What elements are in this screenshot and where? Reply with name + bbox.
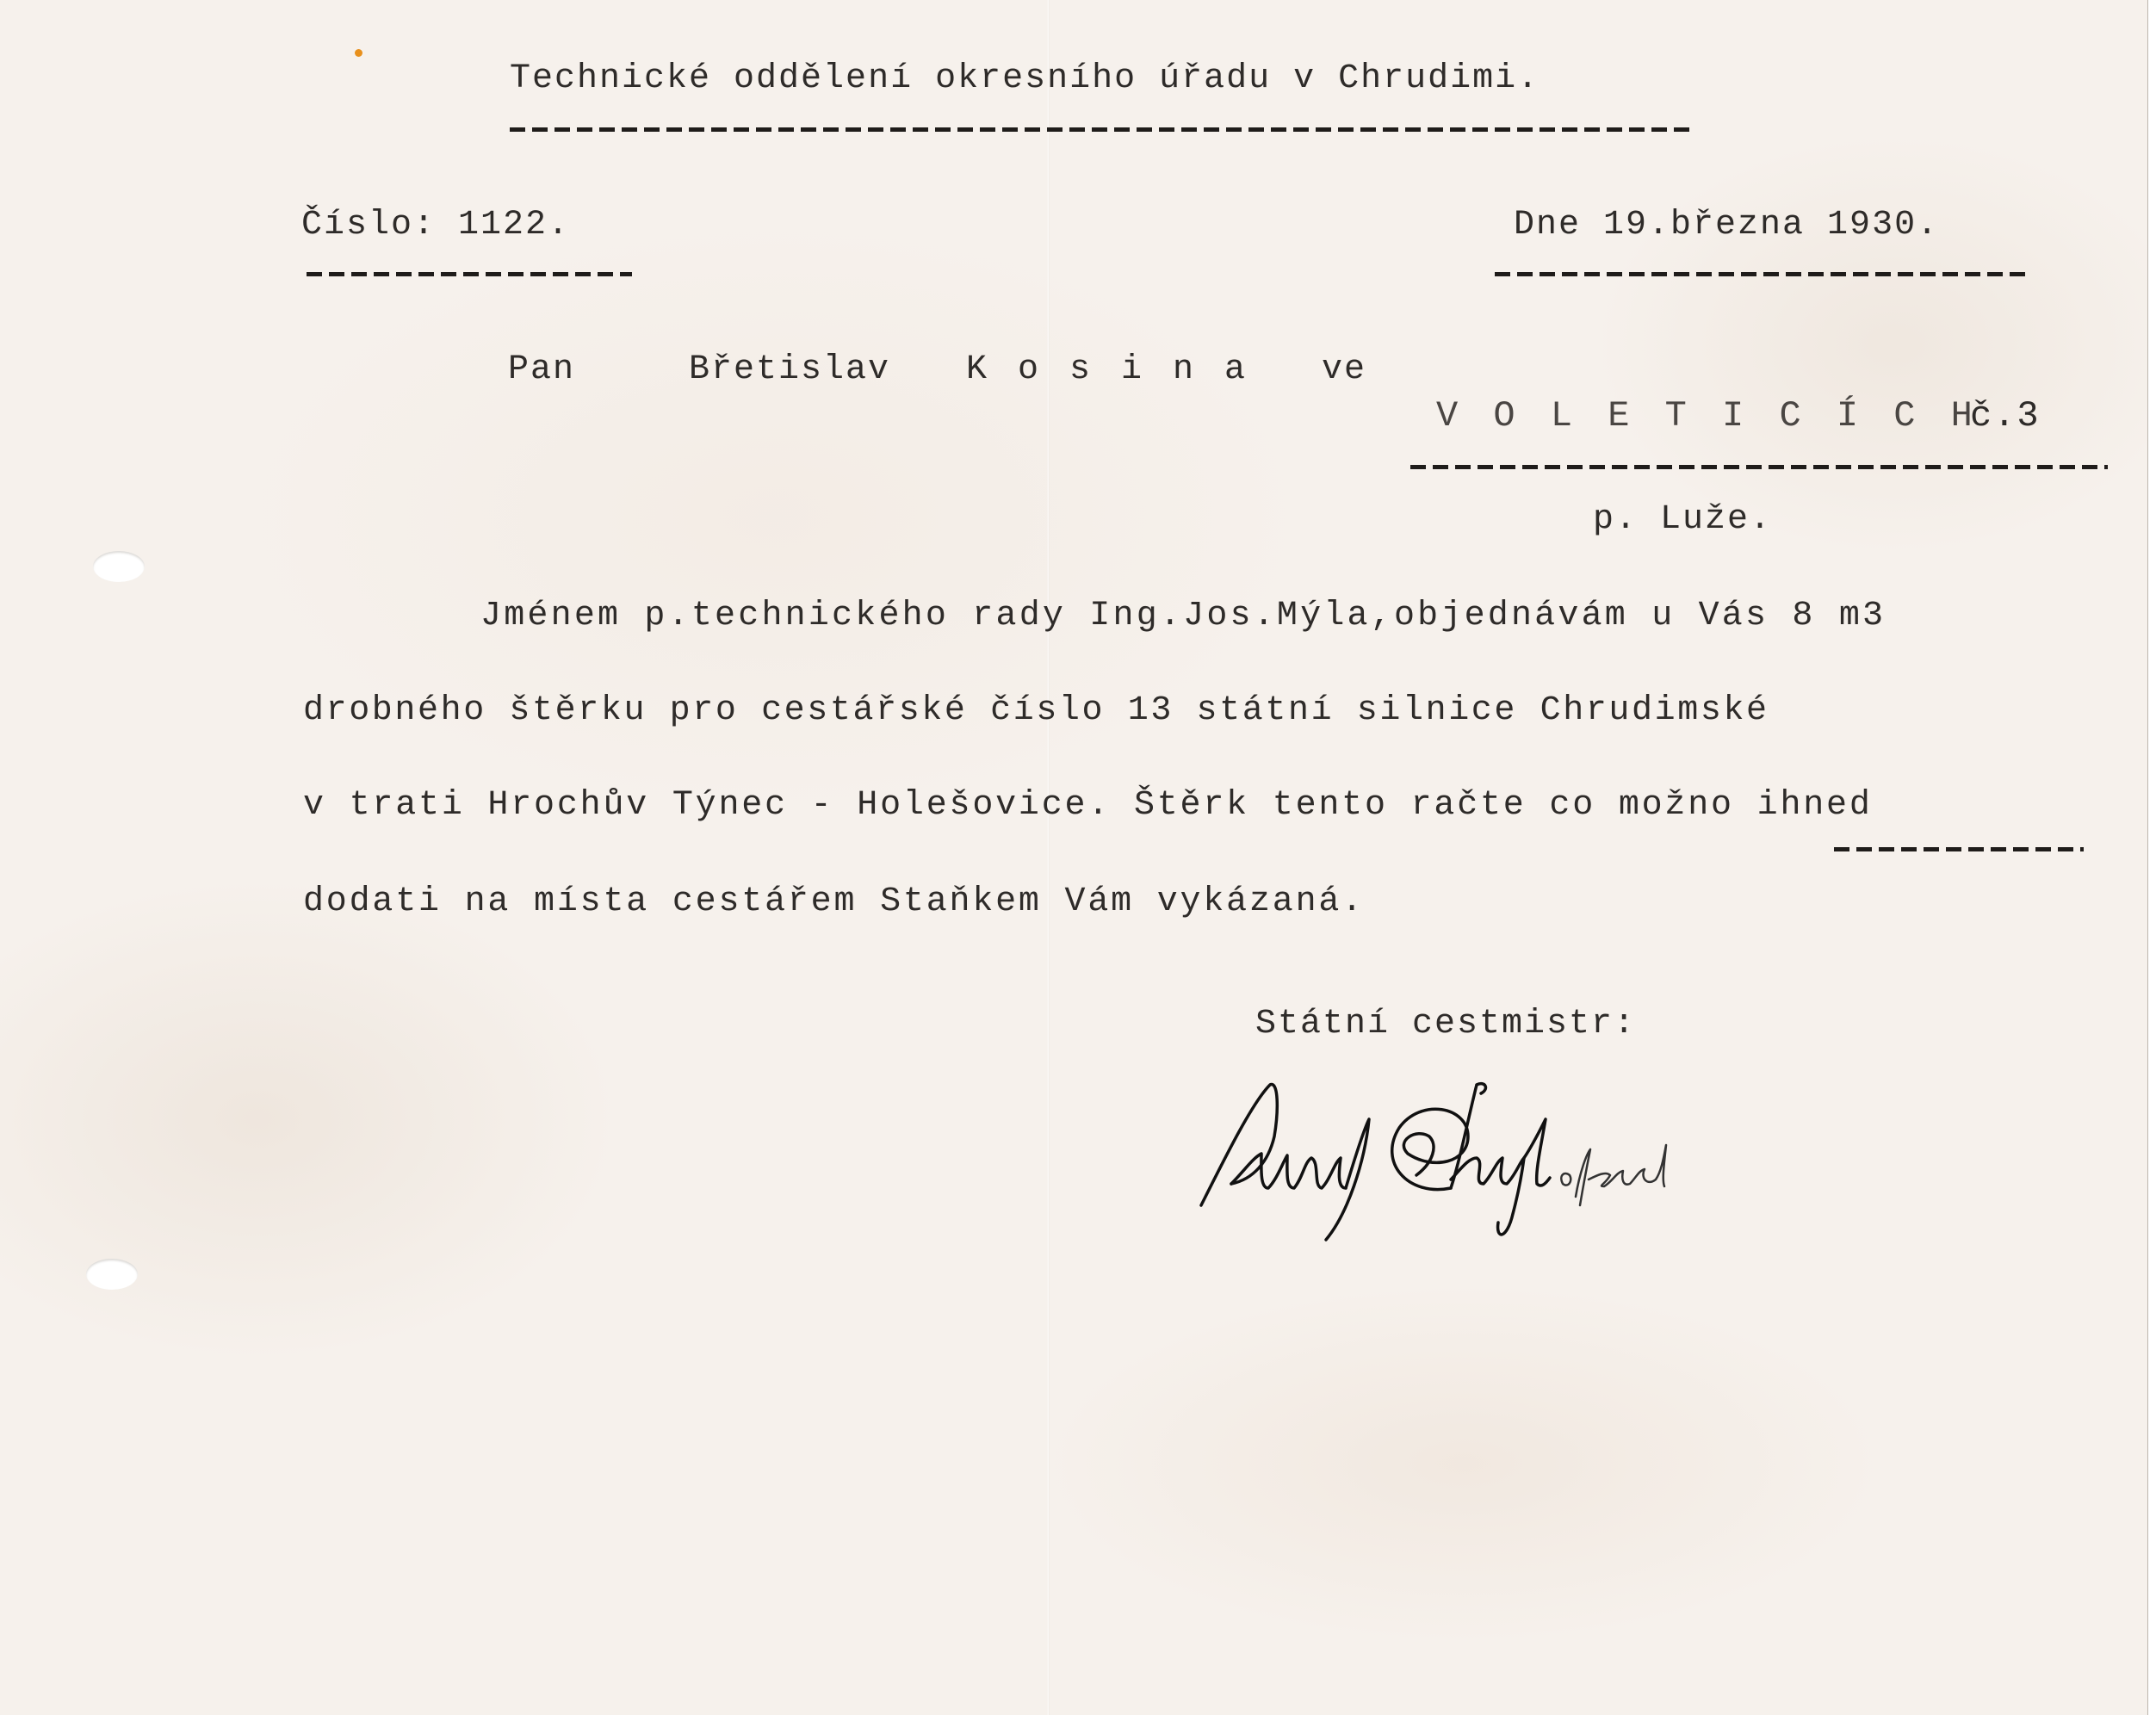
orange-stain [355, 49, 362, 57]
recipient-post: p. Luže. [1593, 503, 1772, 537]
header-underline [510, 127, 1694, 132]
fold-crease [1047, 0, 1050, 1715]
body-line-2: drobného štěrku pro cestářské číslo 13 s… [303, 694, 1769, 728]
body-line-4: dodati na místa cestářem Staňkem Vám vyk… [303, 885, 1365, 919]
paper-sheet: Technické oddělení okresního úřadu v Chr… [0, 0, 2148, 1715]
recipient-place: V O L E T I C Í C H [1436, 398, 1979, 434]
reference-number: Číslo: 1122. [301, 208, 570, 243]
place-underline [1410, 465, 2108, 469]
reference-underline [307, 272, 632, 276]
recipient-surname: K o s i n a [966, 353, 1250, 387]
recipient-first-name: Břetislav [689, 353, 890, 387]
emphasis-underline-ihned [1834, 847, 2084, 851]
recipient-house-number: č.3 [1970, 398, 2041, 434]
signature-title: Státní cestmistr: [1255, 1007, 1636, 1042]
document-date: Dne 19.března 1930. [1514, 208, 1939, 243]
body-line-1: Jménem p.technického rady Ing.Jos.Mýla,o… [480, 599, 1886, 634]
punch-hole-bottom [86, 1259, 138, 1290]
recipient-preposition: ve [1322, 353, 1366, 387]
office-header: Technické oddělení okresního úřadu v Chr… [510, 62, 1540, 96]
date-underline [1495, 272, 2029, 276]
handwritten-signature [1193, 1076, 1967, 1283]
recipient-salutation: Pan [508, 353, 575, 387]
punch-hole-top [93, 551, 145, 582]
body-line-3: v trati Hrochův Týnec - Holešovice. Štěr… [303, 789, 1873, 823]
